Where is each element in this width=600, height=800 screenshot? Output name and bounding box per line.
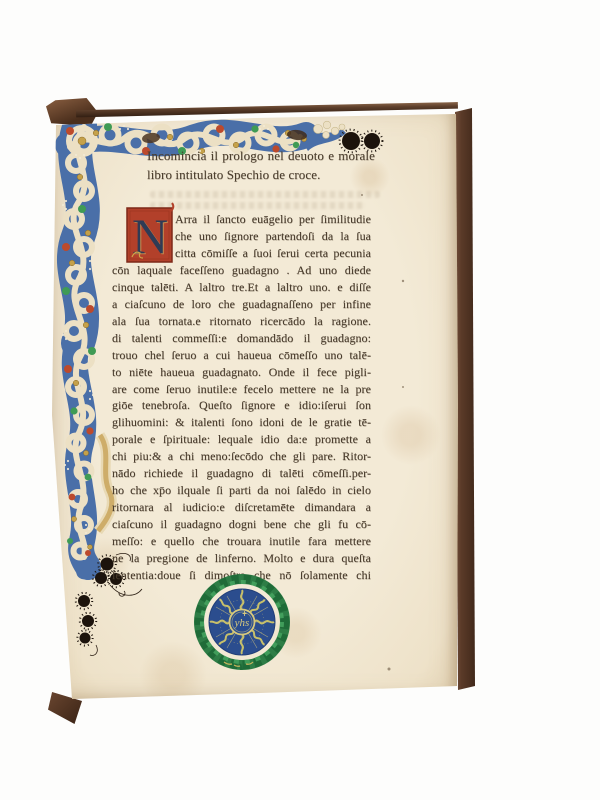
text-line: di talenti commeſſi:e domandādo il guada… xyxy=(112,330,371,347)
body-text: Arra il ſancto euāgelio per ſimilitudie … xyxy=(112,211,371,584)
text-line: trouo chel ſeruo a cui haueua cōmeſſo un… xyxy=(112,347,371,364)
text-line: nādo richiede il guadagno di talēti cōme… xyxy=(112,465,371,482)
text-line: chi piu:& a chi meno:ſecōdo che gli pare… xyxy=(112,448,371,465)
text-line: ritornara al iudicio:e diſcretamēte dima… xyxy=(112,499,371,516)
text-line: ne la pregione de linferno. Molto e dura… xyxy=(112,550,371,567)
show-through-line xyxy=(150,191,380,198)
text-line: cōn laquale faceſſeno guadagno . Ad uno … xyxy=(112,262,371,279)
text-line: are come ſeruo inutile:e fecelo mettere … xyxy=(112,381,371,398)
text-line: to niēte haueua guadagnato. Onde il fece… xyxy=(112,364,371,381)
page: Incomincia il prologo nel deuoto e moral… xyxy=(50,105,460,705)
heading: Incomincia il prologo nel deuoto e moral… xyxy=(147,146,375,184)
text-line: ciaſcuno il guadagno dogni bene che gli … xyxy=(112,516,371,533)
text-line: porale e ſpirituale: lequale idio da:e p… xyxy=(112,431,371,448)
book-photo: Incomincia il prologo nel deuoto e moral… xyxy=(0,0,600,800)
text-line: giōe tenebroſa. Queſto ſignore e idio:iſ… xyxy=(112,397,371,414)
text-line: Arra il ſancto euāgelio per ſimilitudie xyxy=(112,211,371,228)
show-through-line xyxy=(150,202,365,209)
heading-line-1: Incomincia il prologo nel deuoto e moral… xyxy=(147,146,375,165)
text-line: che uno ſignore partendoſi da la ſua xyxy=(112,228,371,245)
ihs-monogram: yhs xyxy=(234,617,250,629)
text-line: cinque talēti. A laltro tre.Et a laltro … xyxy=(112,279,371,296)
text-line: ala ſua tornata.e ritornato ricercādo la… xyxy=(112,313,371,330)
heading-line-2: libro intitulato Spechio de croce. xyxy=(147,165,375,184)
text-line: citta cōmiſſe a ſuoi ſerui certa pecunia xyxy=(112,245,371,262)
text-line: glihuomini: & italenti ſono idoni de le … xyxy=(112,414,371,431)
text-line: ho che xp̄o ilquale ſi parti da noi ſalē… xyxy=(112,482,371,499)
text-line: meſſo: e quello che trouara inutile fara… xyxy=(112,533,371,550)
wreath-medallion: yhs xyxy=(194,574,290,670)
text-line: a ciaſcuno de loro che guadagnaſſeno per… xyxy=(112,296,371,313)
